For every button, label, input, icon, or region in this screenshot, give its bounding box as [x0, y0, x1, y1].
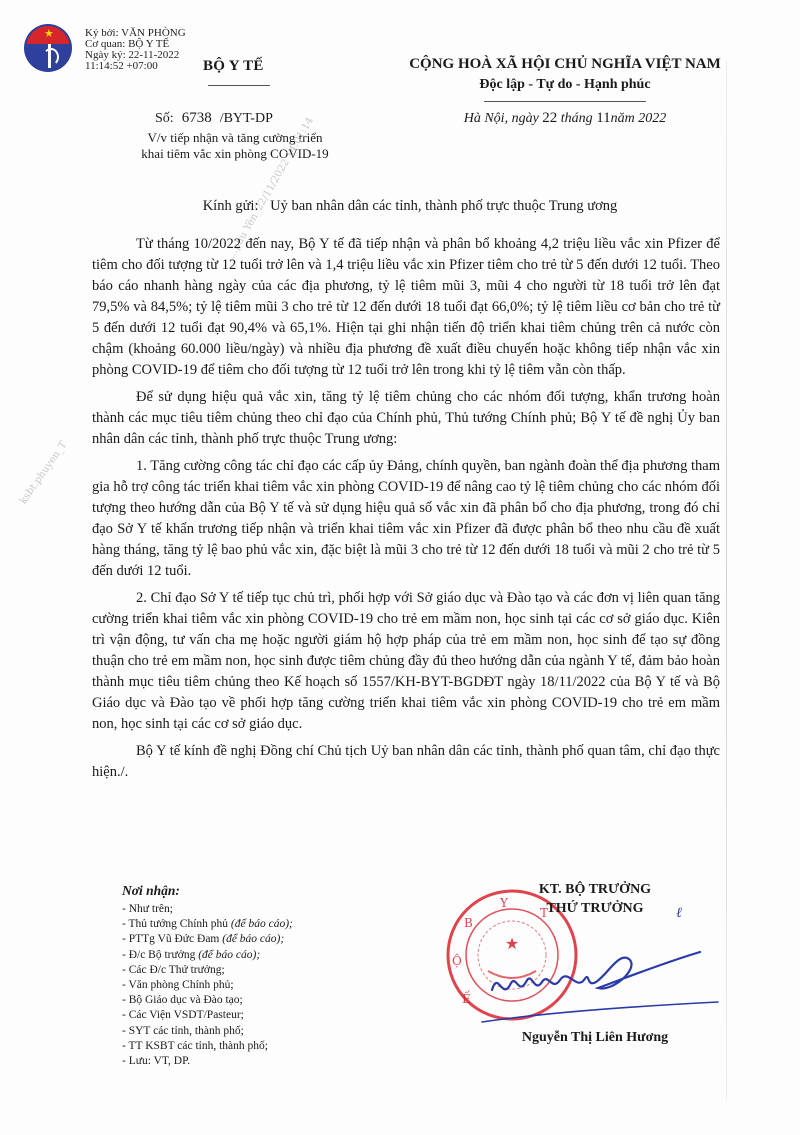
doc-code: /BYT-DP	[220, 111, 273, 126]
signing-time: 11:14:52 +07:00	[85, 61, 186, 72]
initial-mark-icon: ℓ	[676, 906, 682, 922]
ministry-of-health-emblem-icon: ★	[24, 24, 72, 72]
recipient-note: (để báo cáo);	[222, 933, 284, 945]
recipients-list: - Như trên;- Thủ tướng Chính phủ (để báo…	[122, 902, 293, 1069]
year: năm 2022	[611, 111, 667, 126]
recipient-item: - TT KSBT các tỉnh, thành phố;	[122, 1039, 293, 1054]
document-subject: V/v tiếp nhận và tăng cường triển khai t…	[110, 130, 360, 162]
place-and-date: Hà Nội, ngày 22 tháng 11năm 2022	[365, 110, 765, 127]
svg-text:B: B	[464, 916, 473, 930]
body-paragraph: 1. Tăng cường công tác chỉ đạo các cấp ủ…	[92, 456, 720, 582]
svg-text:Ế: Ế	[462, 989, 471, 1006]
recipient-name: - Lưu: VT, DP.	[122, 1055, 190, 1067]
body-paragraph: Từ tháng 10/2022 đến nay, Bộ Y tế đã tiế…	[92, 234, 720, 381]
national-title: CỘNG HOÀ XÃ HỘI CHỦ NGHĨA VIỆT NAM	[365, 56, 765, 73]
day: 22	[542, 110, 557, 126]
recipient-item: - Lưu: VT, DP.	[122, 1054, 293, 1069]
place-date-prefix: Hà Nội, ngày	[464, 111, 539, 126]
recipient-name: - TT KSBT các tỉnh, thành phố;	[122, 1040, 268, 1052]
issuing-agency: BỘ Y TẾ	[203, 58, 264, 75]
handwritten-signature-icon	[480, 930, 720, 1025]
recipient-item: - Các Viện VSDT/Pasteur;	[122, 1008, 293, 1023]
recipient-item: - Đ/c Bộ trưởng (để báo cáo);	[122, 948, 293, 963]
subject-line: khai tiêm vắc xin phòng COVID-19	[110, 146, 360, 162]
recipient-note: (để báo cáo);	[231, 918, 293, 930]
document-number: Số:6738/BYT-DP	[155, 110, 273, 127]
recipient-item: - SYT các tỉnh, thành phố;	[122, 1024, 293, 1039]
body-paragraph: Để sử dụng hiệu quả vắc xin, tăng tỷ lệ …	[92, 387, 720, 450]
divider	[484, 101, 646, 102]
recipient-item: - PTTg Vũ Đức Đam (để báo cáo);	[122, 932, 293, 947]
recipient-name: - Thủ tướng Chính phủ	[122, 918, 231, 930]
recipient-item: - Các Đ/c Thứ trưởng;	[122, 963, 293, 978]
doc-number-label: Số:	[155, 111, 174, 126]
divider	[208, 85, 270, 86]
month-label: tháng	[561, 111, 593, 126]
addressee-value: Uỷ ban nhân dân các tỉnh, thành phố trực…	[270, 198, 617, 214]
body-paragraph: 2. Chỉ đạo Sở Y tế tiếp tục chủ trì, phố…	[92, 588, 720, 735]
recipient-item: - Thủ tướng Chính phủ (để báo cáo);	[122, 917, 293, 932]
body-paragraph: Bộ Y tế kính đề nghị Đồng chí Chủ tịch U…	[92, 741, 720, 783]
national-motto: Độc lập - Tự do - Hạnh phúc	[365, 77, 765, 93]
doc-number-value: 6738	[182, 110, 212, 126]
signer-title: KT. BỘ TRƯỞNG	[470, 882, 720, 898]
subject-line: V/v tiếp nhận và tăng cường triển	[110, 130, 360, 146]
scan-artifact-line	[726, 60, 727, 1100]
watermark: ksbt.phuyen_T	[18, 440, 69, 507]
signer-name: Nguyễn Thị Liên Hương	[470, 1030, 720, 1046]
recipient-name: - PTTg Vũ Đức Đam	[122, 933, 222, 945]
recipient-name: - Văn phòng Chính phủ;	[122, 979, 234, 991]
addressee-label: Kính gửi:	[203, 198, 259, 214]
signer-position: THỨ TRƯỞNG	[470, 901, 720, 917]
recipients-title: Nơi nhận:	[122, 883, 180, 899]
recipient-name: - Như trên;	[122, 903, 173, 915]
recipient-item: - Như trên;	[122, 902, 293, 917]
digital-signature-info: Ký bởi: VĂN PHÒNG Cơ quan: BỘ Y TẾ Ngày …	[85, 28, 186, 72]
addressee: Kính gửi: Uỷ ban nhân dân các tỉnh, thàn…	[60, 198, 760, 215]
month: 11	[596, 110, 610, 126]
recipient-name: - Các Đ/c Thứ trưởng;	[122, 964, 225, 976]
recipient-name: - Các Viện VSDT/Pasteur;	[122, 1009, 244, 1021]
document-page: ★ Ký bởi: VĂN PHÒNG Cơ quan: BỘ Y TẾ Ngà…	[0, 0, 800, 1135]
document-body: Từ tháng 10/2022 đến nay, Bộ Y tế đã tiế…	[92, 234, 720, 789]
recipient-note: (để báo cáo);	[198, 949, 260, 961]
recipient-name: - Đ/c Bộ trưởng	[122, 949, 198, 961]
recipient-item: - Văn phòng Chính phủ;	[122, 978, 293, 993]
recipient-item: - Bộ Giáo dục và Đào tạo;	[122, 993, 293, 1008]
svg-text:Ộ: Ộ	[452, 953, 462, 968]
recipient-name: - SYT các tỉnh, thành phố;	[122, 1025, 244, 1037]
recipient-name: - Bộ Giáo dục và Đào tạo;	[122, 994, 243, 1006]
